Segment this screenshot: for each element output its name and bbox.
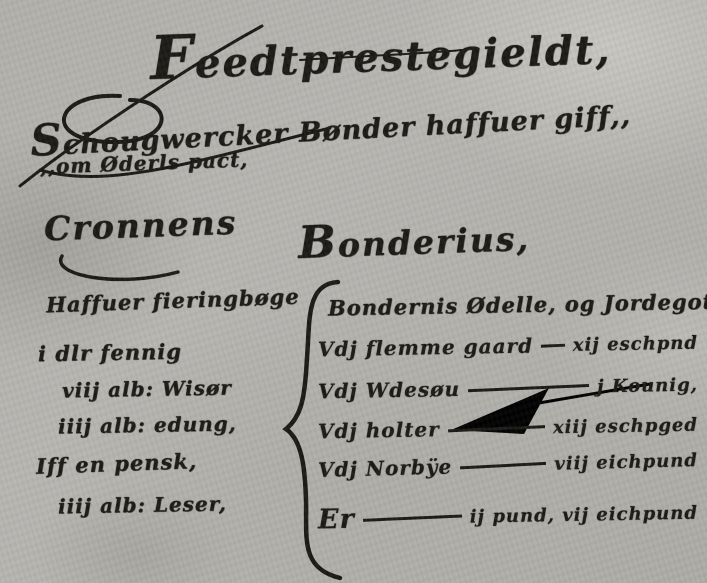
farm-name: Vdj Wdesøu xyxy=(318,377,460,403)
left-column-header: Cronnens xyxy=(43,203,237,249)
dash-line xyxy=(363,515,462,522)
sum-label: Er xyxy=(318,504,355,536)
left-column-line: Iff en pensk, xyxy=(36,448,198,479)
ledger-row-annotated: Vdj holter xiij eschpged xyxy=(318,413,698,444)
amount: j Kounig, xyxy=(597,374,698,397)
left-column-line: viij alb: Wisør xyxy=(62,376,232,403)
ledger-sum-row: Er ij pund, vij eichpund xyxy=(318,498,698,536)
left-column-line: iiij alb: edung, xyxy=(58,411,237,438)
amount: xij eschpnd xyxy=(573,332,699,355)
ledger-row: Vdj Norbÿe viij eichpund xyxy=(318,448,698,482)
left-column-line: iiij alb: Leser, xyxy=(58,492,227,519)
dash-line xyxy=(460,461,546,469)
amount: viij eichpund xyxy=(554,450,698,475)
manuscript-page: Feedtprestegieldt, Schougwercker Bønder … xyxy=(0,0,707,583)
ledger-row: Vdj flemme gaard xij eschpnd xyxy=(318,331,698,362)
dash-line xyxy=(468,384,589,392)
right-column-header: Bonderius, xyxy=(297,208,530,269)
farm-name: Vdj Norbÿe xyxy=(318,454,453,482)
right-column-intro: Bondernis Ødelle, og Jordegotz xyxy=(328,289,707,321)
dash-line xyxy=(448,425,545,432)
farm-name: Vdj flemme gaard xyxy=(318,334,533,362)
sum-amount: ij pund, vij eichpund xyxy=(470,503,699,528)
left-column-line: i dlr fennig xyxy=(38,339,182,367)
cronnens-underline-swash xyxy=(61,256,178,279)
ledger-row: Vdj Wdesøu j Kounig, xyxy=(318,373,698,404)
amount: xiij eschpged xyxy=(553,414,698,438)
dash-line xyxy=(541,343,565,347)
left-column-line: Haffuer fieringbøge xyxy=(46,284,300,318)
page-title: Feedtprestegieldt, xyxy=(149,8,612,94)
farm-name: Vdj holter xyxy=(318,417,440,443)
